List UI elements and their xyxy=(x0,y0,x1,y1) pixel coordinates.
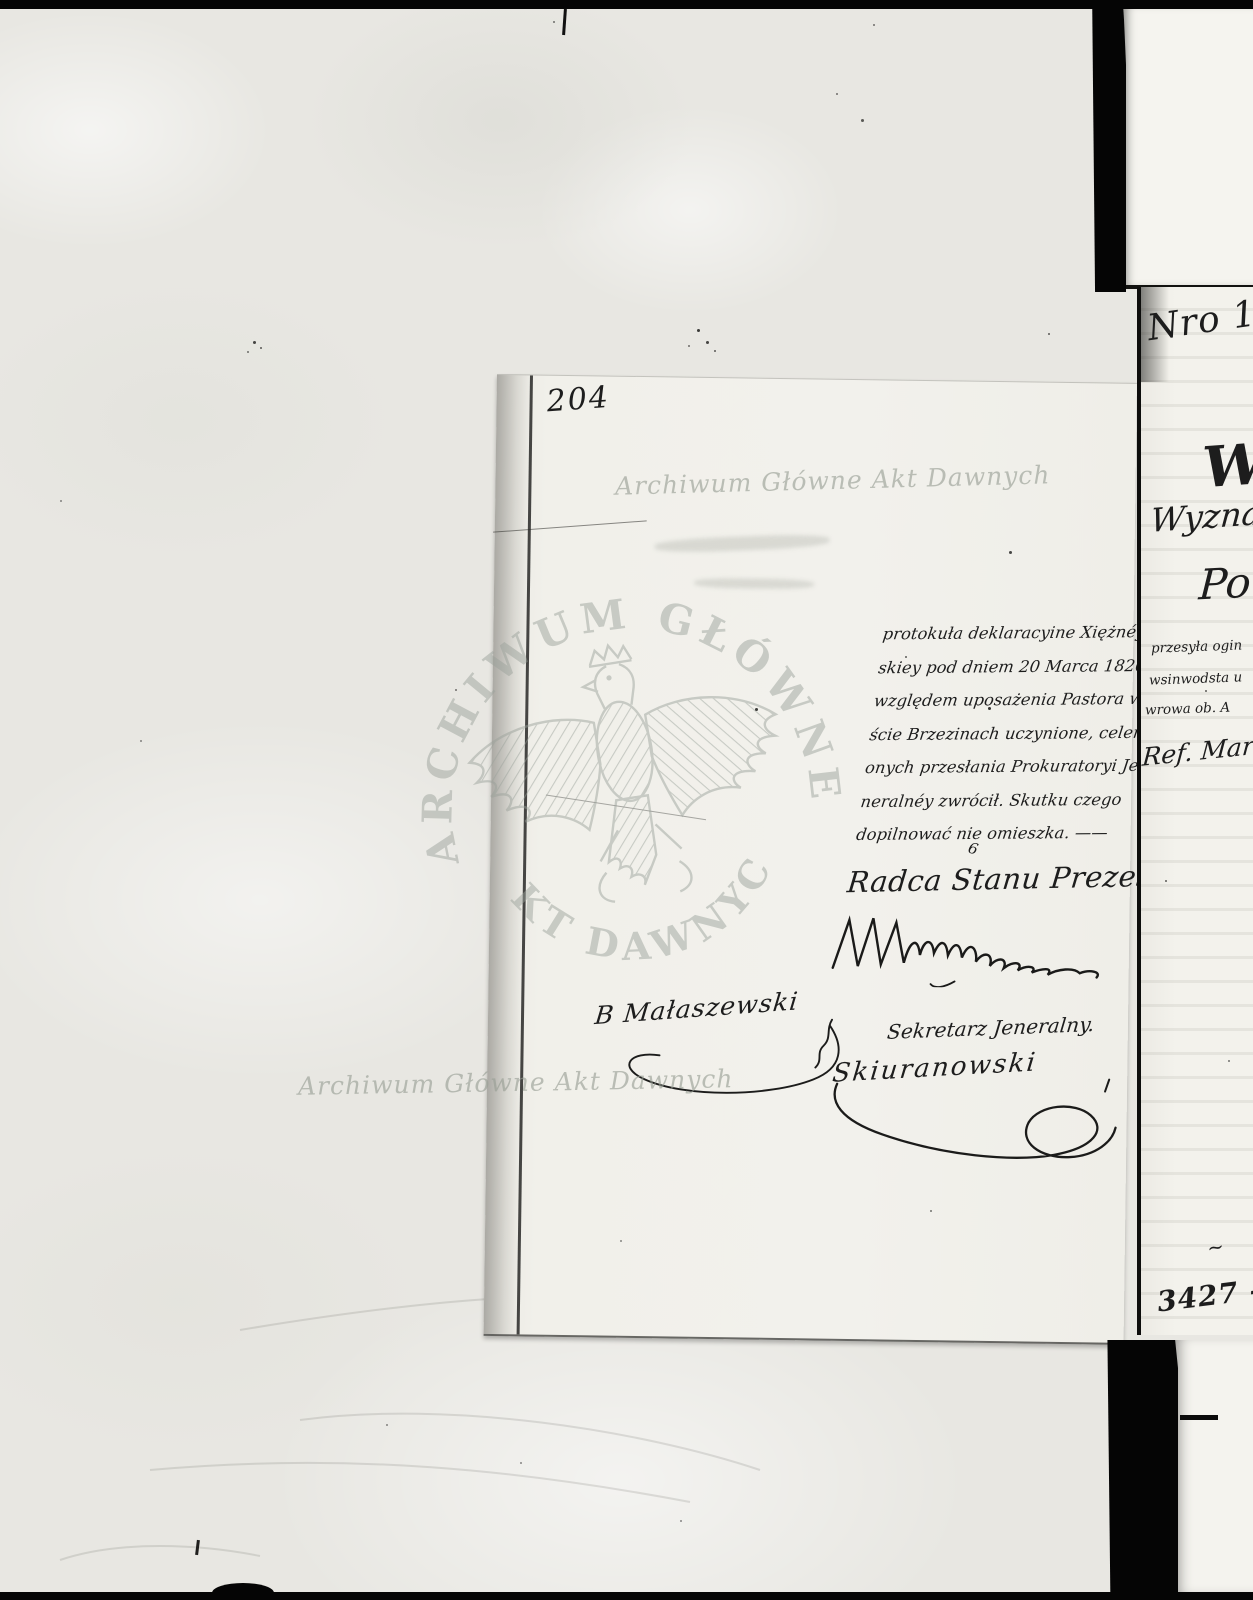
dust-speck xyxy=(988,707,991,710)
dust-speck xyxy=(253,341,256,344)
fragment-note-line: przesyła ogin xyxy=(1151,637,1243,656)
dust-speck xyxy=(905,656,907,658)
gutter-notch xyxy=(1180,1415,1218,1420)
page-number: 204 xyxy=(545,380,611,420)
secretary-title: Sekretarz Jeneralny. xyxy=(886,1012,1096,1044)
dust-speck xyxy=(1228,1060,1230,1062)
dust-speck xyxy=(455,689,457,691)
dust-speck xyxy=(873,24,875,26)
dust-speck xyxy=(1190,520,1192,522)
dust-speck xyxy=(386,1424,388,1426)
bleedthrough-smudge xyxy=(694,578,814,590)
book-gutter-shadow-bottom xyxy=(1106,1340,1178,1593)
dust-speck xyxy=(706,341,709,344)
document-page: 204 protokuła deklaracyine Xiężnéy Ogiń-… xyxy=(484,374,1137,1345)
dust-speck xyxy=(688,345,690,347)
fragment-reference: Ref. Mar xyxy=(1141,731,1253,771)
dust-speck xyxy=(60,500,62,502)
dust-speck xyxy=(714,350,716,352)
fragment-heading-po: Po xyxy=(1198,558,1253,610)
scan-top-edge xyxy=(0,0,1253,9)
signature-secretary-flourish xyxy=(822,1068,1124,1182)
letter-line: względem uposażenia Pastora w Mie- xyxy=(872,682,1139,718)
letter-line: skiey pod dniem 20 Marca 1826 roku xyxy=(876,649,1143,685)
adjacent-page-fragment: Nro 16 W Wyzna Po przesyła ogin wsinwods… xyxy=(1137,287,1253,1335)
dust-speck xyxy=(1048,333,1050,335)
letter-body: protokuła deklaracyine Xiężnéy Ogiń- ski… xyxy=(854,615,1148,851)
scan-bottom-bump xyxy=(212,1583,274,1600)
letter-line: neralnéy zwrócił. Skutku czego xyxy=(859,782,1126,818)
fragment-big-initial: W xyxy=(1201,431,1253,501)
dust-speck xyxy=(930,1210,932,1212)
dust-speck xyxy=(836,93,838,95)
fragment-docket-number: 3427 – xyxy=(1155,1273,1253,1319)
dust-speck xyxy=(1009,551,1012,554)
scan-bottom-edge xyxy=(0,1592,1253,1600)
letter-line: dopilnować nie omieszka. —— xyxy=(854,816,1121,852)
top-edge-tick-mark xyxy=(562,9,567,35)
fragment-note-line: wsinwodsta u xyxy=(1149,669,1243,688)
letter-line: onych przesłania Prokuratoryi Je- xyxy=(863,749,1130,785)
dust-speck xyxy=(861,119,864,122)
fragment-note-line: wrowa ob. A xyxy=(1145,700,1231,719)
dust-speck xyxy=(755,708,758,711)
scratch-line xyxy=(546,794,706,820)
scanned-archival-document: 204 protokuła deklaracyine Xiężnéy Ogiń-… xyxy=(0,0,1253,1600)
signature-left-flourish xyxy=(599,1013,860,1107)
dust-speck xyxy=(520,1462,522,1464)
adjacent-paper-top-right xyxy=(1124,8,1253,289)
dust-speck xyxy=(680,1520,682,1522)
bleedthrough-smudge xyxy=(654,533,829,554)
dust-speck xyxy=(140,740,142,742)
fragment-heading-wyzna: Wyzna xyxy=(1149,493,1253,540)
dust-speck xyxy=(260,347,262,349)
letter-line: protokuła deklaracyine Xiężnéy Ogiń- xyxy=(881,615,1148,651)
letter-line: ście Brzezinach uczynione, celem xyxy=(867,715,1134,751)
dust-speck xyxy=(697,329,700,332)
dust-speck xyxy=(1165,880,1167,882)
dust-speck xyxy=(1205,690,1207,692)
president-signature-scrawl xyxy=(826,908,1117,990)
book-gutter-shadow-top xyxy=(1090,0,1126,292)
fragment-tilde-mark: ~ xyxy=(1205,1234,1226,1261)
adjacent-paper-bottom-right xyxy=(1172,1340,1253,1592)
closing-title: Radca Stanu Prezes xyxy=(846,859,1154,899)
dust-speck xyxy=(620,1240,622,1242)
dust-speck xyxy=(553,21,555,23)
dust-speck xyxy=(247,351,249,353)
